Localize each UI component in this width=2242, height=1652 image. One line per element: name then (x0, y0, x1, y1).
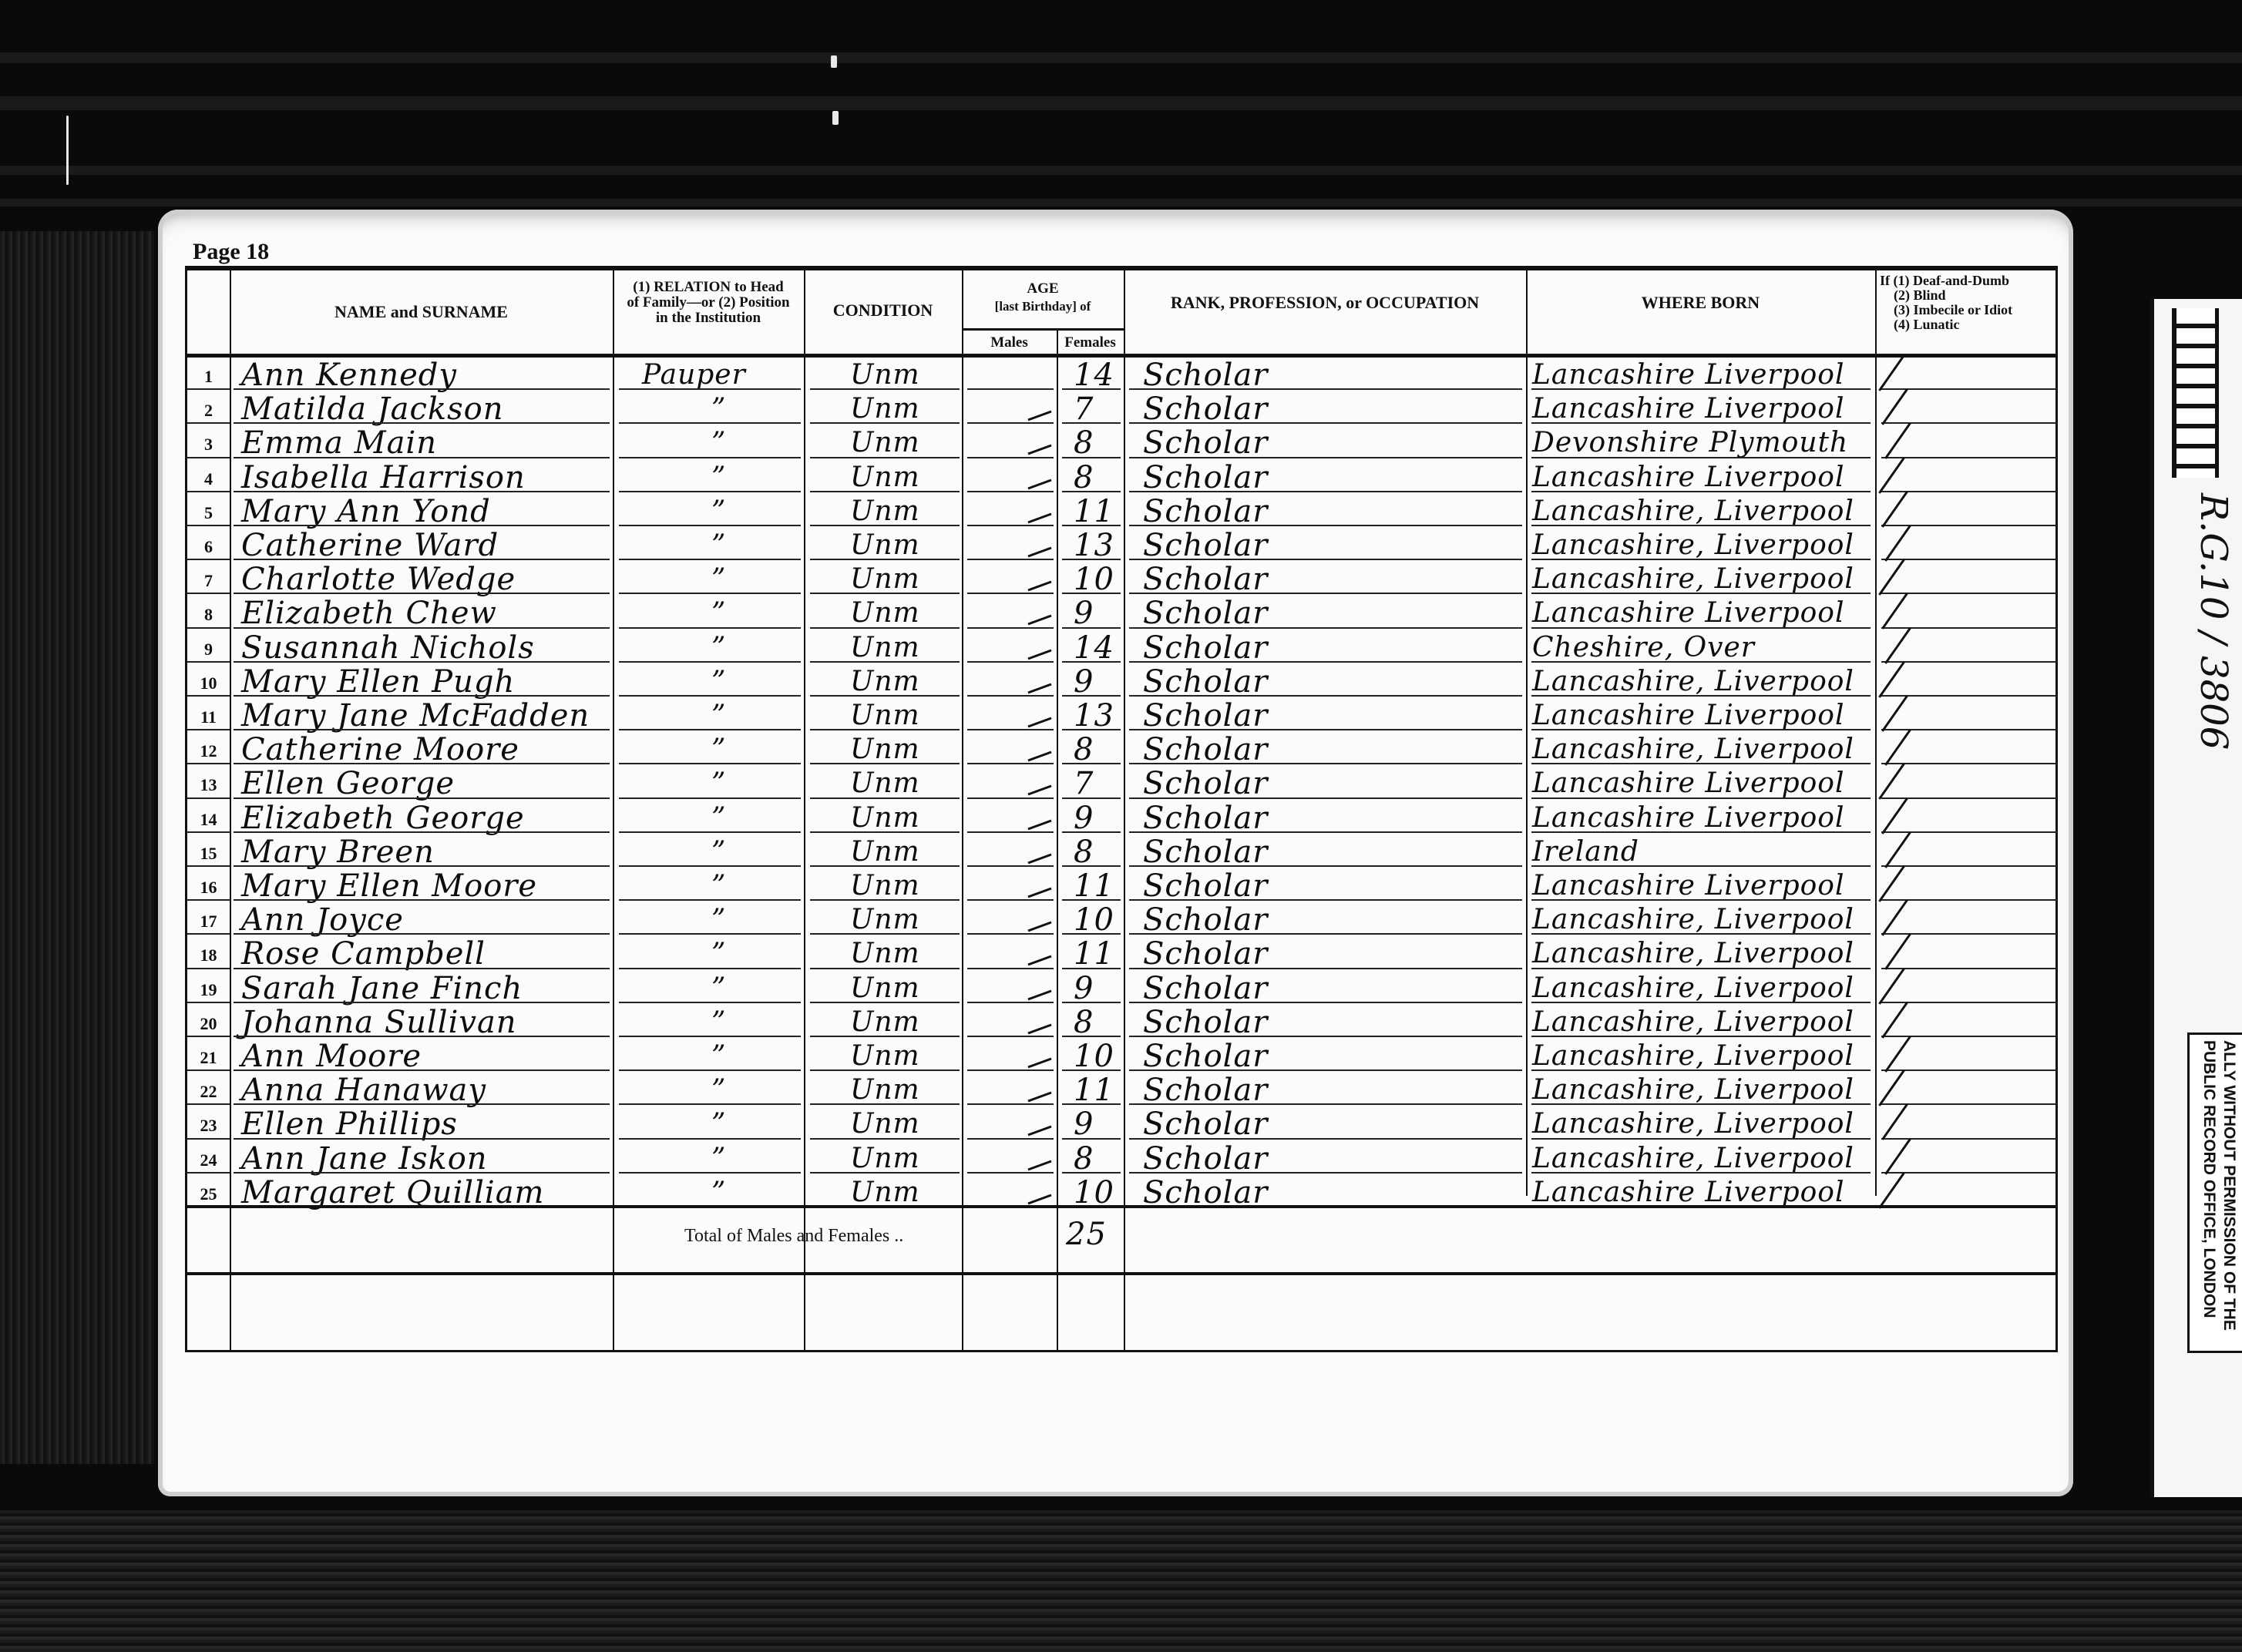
ruled-line (187, 968, 230, 969)
ruled-line (234, 1103, 610, 1105)
person-name: Matilda Jackson (241, 391, 504, 427)
ruled-line (1129, 1036, 1522, 1037)
ruled-line (1062, 525, 1121, 526)
ruled-line (810, 729, 960, 730)
row-number: 16 (187, 878, 230, 898)
ruled-line (967, 525, 1054, 526)
birthplace-value: Lancashire Liverpool (1532, 597, 1845, 629)
ruled-line (1881, 559, 2057, 560)
condition-value: Unm (850, 359, 920, 391)
tick-mark (1881, 1002, 1908, 1039)
dash-mark (1027, 1058, 1051, 1069)
ruled-line (187, 899, 230, 901)
dash-mark (1027, 751, 1051, 762)
birthplace-value: Lancashire Liverpool (1532, 393, 1845, 425)
birthplace-value: Lancashire Liverpool (1532, 1177, 1845, 1208)
condition-value: Unm (850, 1108, 920, 1140)
occupation-value: Scholar (1143, 596, 1268, 631)
ruled-line (1531, 968, 1871, 969)
row-number: 24 (187, 1150, 230, 1170)
tick-mark (1884, 934, 1911, 971)
header-age-title: AGE (962, 281, 1124, 297)
female-age: 9 (1074, 596, 1094, 631)
occupation-value: Scholar (1143, 494, 1268, 529)
tick-mark (1881, 388, 1908, 425)
ruled-line (967, 422, 1054, 424)
ruled-line (1062, 1002, 1121, 1003)
tick-mark (1881, 1104, 1908, 1141)
ruled-line (619, 763, 801, 764)
header-infirmity-line: (3) Imbecile or Idiot (1880, 303, 2057, 317)
ruled-line (1129, 627, 1522, 629)
ruled-line (234, 491, 610, 492)
ruled-line (967, 559, 1054, 560)
ruled-line (967, 797, 1054, 799)
occupation-value: Scholar (1143, 391, 1268, 427)
condition-value: Unm (850, 802, 920, 834)
dash-mark (1027, 445, 1051, 455)
header-infirmity: If (1) Deaf-and-Dumb (2) Blind (3) Imbec… (1880, 274, 2057, 332)
ruled-line (1129, 797, 1522, 799)
condition-value: Unm (850, 1143, 920, 1174)
relation-value: ” (711, 495, 726, 527)
ruled-line (619, 1002, 801, 1003)
ruled-line (619, 729, 801, 730)
ruled-line (1531, 763, 1871, 764)
birthplace-value: Lancashire, Liverpool (1532, 904, 1854, 935)
ruled-line (234, 1138, 610, 1140)
person-name: Sarah Jane Finch (241, 971, 523, 1006)
ruled-line (967, 1172, 1054, 1174)
occupation-value: Scholar (1143, 971, 1268, 1006)
ruled-line (619, 968, 801, 969)
ruled-line (1062, 422, 1121, 424)
tick-mark (1884, 423, 1911, 460)
ruled-line (234, 1002, 610, 1003)
row-number: 22 (187, 1082, 230, 1102)
ruled-line (619, 422, 801, 424)
tick-mark (1884, 525, 1911, 562)
ruled-line (619, 899, 801, 901)
ruled-line (234, 763, 610, 764)
ruled-line (1129, 388, 1522, 390)
female-age: 11 (1074, 1073, 1114, 1108)
dash-mark (1027, 581, 1051, 592)
female-age: 10 (1074, 902, 1114, 938)
header-condition: CONDITION (804, 301, 962, 319)
condition-value: Unm (850, 972, 920, 1004)
header-relation: (1) RELATION to Head of Family—or (2) Po… (613, 280, 804, 326)
birthplace-value: Lancashire Liverpool (1532, 359, 1845, 391)
tick-mark (1881, 797, 1908, 834)
header-age-subtitle: [last Birthday] of (962, 300, 1124, 314)
ruled-line (1062, 797, 1121, 799)
ruled-line (234, 1172, 610, 1174)
condition-value: Unm (850, 767, 920, 799)
female-age: 7 (1074, 391, 1094, 427)
occupation-value: Scholar (1143, 902, 1268, 938)
ruled-line (619, 457, 801, 458)
person-name: Mary Ann Yond (241, 494, 491, 529)
ruled-line (619, 865, 801, 867)
occupation-value: Scholar (1143, 358, 1268, 393)
birthplace-value: Lancashire, Liverpool (1532, 1108, 1854, 1140)
ruled-line (619, 525, 801, 526)
female-age: 7 (1074, 766, 1094, 801)
ruled-line (967, 627, 1054, 629)
tick-mark (1881, 593, 1908, 630)
ruled-line (234, 422, 610, 424)
occupation-value: Scholar (1143, 1005, 1268, 1040)
ruled-line (810, 661, 960, 663)
tick-mark (1878, 457, 1905, 494)
person-name: Rose Campbell (241, 936, 486, 972)
ruled-line (1062, 1172, 1121, 1174)
female-age: 8 (1074, 732, 1094, 767)
relation-value: ” (711, 597, 726, 629)
condition-value: Unm (850, 1177, 920, 1208)
occupation-value: Scholar (1143, 1106, 1268, 1142)
ruled-line (810, 525, 960, 526)
ruled-line (810, 422, 960, 424)
page-number: Page 18 (193, 239, 269, 265)
birthplace-value: Lancashire, Liverpool (1532, 495, 1854, 527)
dash-mark (1027, 1023, 1051, 1034)
ruled-line (619, 661, 801, 663)
row-number: 4 (187, 469, 230, 489)
tick-mark (1878, 354, 1905, 391)
ruled-line (619, 797, 801, 799)
condition-value: Unm (850, 666, 920, 697)
ruled-line (187, 831, 230, 833)
relation-value: Pauper (642, 359, 746, 391)
header-infirmity-line: (2) Blind (1880, 288, 2057, 303)
occupation-value: Scholar (1143, 664, 1268, 700)
condition-value: Unm (850, 597, 920, 629)
person-name: Emma Main (241, 425, 437, 461)
ruled-line (810, 559, 960, 560)
header-where-born: WHERE BORN (1526, 294, 1875, 311)
ruled-line (187, 729, 230, 730)
condition-value: Unm (850, 870, 920, 902)
ruled-line (1129, 899, 1522, 901)
scale-ruler (2172, 308, 2219, 478)
ruled-line (1881, 763, 2057, 764)
relation-value: ” (711, 529, 726, 561)
occupation-value: Scholar (1143, 528, 1268, 563)
ruled-line (1531, 422, 1871, 424)
ruled-line (1531, 388, 1871, 390)
ruled-line (619, 1036, 801, 1037)
ruled-line (619, 559, 801, 560)
ruled-line (187, 1172, 230, 1174)
ruled-line (619, 1138, 801, 1140)
ruled-line (1062, 831, 1121, 833)
birthplace-value: Lancashire, Liverpool (1532, 972, 1854, 1004)
ruled-line (187, 559, 230, 560)
ruled-line (619, 1103, 801, 1105)
birthplace-value: Lancashire, Liverpool (1532, 734, 1854, 765)
ruled-line (1531, 797, 1871, 799)
tick-mark (1884, 1138, 1911, 1175)
tick-mark (1878, 661, 1905, 698)
ruled-line (187, 525, 230, 526)
row-number: 8 (187, 605, 230, 625)
dash-mark (1027, 615, 1051, 626)
relation-value: ” (711, 870, 726, 902)
occupation-value: Scholar (1143, 562, 1268, 597)
ruled-line (1129, 457, 1522, 458)
relation-value: ” (711, 802, 726, 834)
condition-value: Unm (850, 1074, 920, 1106)
ruled-line (1531, 1172, 1871, 1174)
relation-value: ” (711, 1177, 726, 1208)
condition-value: Unm (850, 1040, 920, 1072)
ruled-line (234, 899, 610, 901)
dash-mark (1027, 478, 1051, 489)
tick-mark (1878, 764, 1905, 801)
occupation-value: Scholar (1143, 460, 1268, 495)
ruled-line (1531, 627, 1871, 629)
ruled-line (187, 388, 230, 390)
occupation-value: Scholar (1143, 425, 1268, 461)
birthplace-value: Lancashire, Liverpool (1532, 1040, 1854, 1072)
ruled-line (810, 831, 960, 833)
birthplace-value: Lancashire Liverpool (1532, 700, 1845, 731)
header-relation-line: (1) RELATION to Head (613, 280, 804, 295)
birthplace-value: Lancashire Liverpool (1532, 462, 1845, 493)
ruled-line (967, 388, 1054, 390)
tick-mark (1884, 1036, 1911, 1073)
ruled-line (1129, 763, 1522, 764)
birthplace-value: Lancashire, Liverpool (1532, 666, 1854, 697)
ruled-line (967, 865, 1054, 867)
ruled-line (234, 865, 610, 867)
occupation-value: Scholar (1143, 868, 1268, 904)
condition-value: Unm (850, 836, 920, 868)
relation-value: ” (711, 904, 726, 935)
occupation-value: Scholar (1143, 698, 1268, 734)
row-number: 25 (187, 1184, 230, 1204)
dash-mark (1027, 888, 1051, 898)
ruled-line (234, 627, 610, 629)
col-divider (1057, 328, 1058, 1350)
ruled-line (810, 899, 960, 901)
ruled-line (1062, 491, 1121, 492)
dash-mark (1027, 853, 1051, 864)
ruled-line (619, 695, 801, 697)
ruled-line (1062, 695, 1121, 697)
condition-value: Unm (850, 462, 920, 493)
ruled-line (1062, 1103, 1121, 1105)
ruled-line (619, 593, 801, 594)
ruled-line (967, 933, 1054, 935)
dash-mark (1027, 649, 1051, 660)
female-age: 14 (1074, 358, 1114, 393)
row-number: 5 (187, 503, 230, 523)
ruled-line (810, 865, 960, 867)
condition-value: Unm (850, 427, 920, 458)
dash-mark (1027, 922, 1051, 932)
ruled-line (1531, 1103, 1871, 1105)
tick-mark (1878, 1069, 1905, 1106)
ruled-line (187, 933, 230, 935)
row-number: 21 (187, 1048, 230, 1068)
ruled-line (234, 457, 610, 458)
person-name: Elizabeth George (241, 801, 525, 836)
person-name: Elizabeth Chew (241, 596, 497, 631)
ruled-line (1062, 763, 1121, 764)
person-name: Mary Ellen Pugh (241, 664, 515, 700)
birthplace-value: Lancashire, Liverpool (1532, 1074, 1854, 1106)
ruled-line (619, 1172, 801, 1174)
ruled-line (187, 627, 230, 629)
ruled-line (967, 491, 1054, 492)
condition-value: Unm (850, 938, 920, 969)
person-name: Susannah Nichols (241, 630, 535, 666)
ruled-line (187, 865, 230, 867)
ruled-line (967, 593, 1054, 594)
dash-mark (1027, 512, 1051, 523)
header-rule (187, 354, 2055, 358)
female-age: 11 (1074, 494, 1114, 529)
relation-value: ” (711, 427, 726, 458)
dash-mark (1027, 411, 1051, 421)
header-age-females: Females (1057, 335, 1124, 351)
person-name: Ann Joyce (241, 902, 404, 938)
age-split-line (962, 328, 1124, 331)
ruled-line (187, 491, 230, 492)
relation-value: ” (711, 972, 726, 1004)
col-divider (1875, 270, 1877, 1196)
dash-mark (1027, 989, 1051, 1000)
ruled-line (1129, 1103, 1522, 1105)
condition-value: Unm (850, 700, 920, 731)
condition-value: Unm (850, 393, 920, 425)
ruled-line (1531, 661, 1871, 663)
ruled-line (619, 491, 801, 492)
ruled-line (967, 763, 1054, 764)
relation-value: ” (711, 1006, 726, 1038)
row-number: 2 (187, 401, 230, 421)
ruled-line (967, 1103, 1054, 1105)
ruled-line (1129, 831, 1522, 833)
ruled-line (810, 627, 960, 629)
dash-mark (1027, 819, 1051, 830)
ruled-line (234, 797, 610, 799)
relation-value: ” (711, 563, 726, 595)
ruled-line (1129, 422, 1522, 424)
ruled-line (1062, 865, 1121, 867)
person-name: Mary Breen (241, 834, 435, 870)
person-name: Isabella Harrison (241, 460, 526, 495)
birthplace-value: Lancashire Liverpool (1532, 802, 1845, 834)
relation-value: ” (711, 1040, 726, 1072)
condition-value: Unm (850, 495, 920, 527)
dash-mark (1027, 1160, 1051, 1170)
ruled-line (1062, 1069, 1121, 1071)
dash-mark (1027, 1194, 1051, 1204)
relation-value: ” (711, 938, 726, 969)
col-divider (613, 270, 614, 1350)
person-name: Ann Kennedy (241, 358, 457, 393)
row-number: 11 (187, 707, 230, 727)
ruled-line (187, 763, 230, 764)
relation-value: ” (711, 666, 726, 697)
ruled-line (619, 933, 801, 935)
female-age: 8 (1074, 460, 1094, 495)
ruled-line (810, 763, 960, 764)
female-age: 8 (1074, 834, 1094, 870)
ruled-line (1531, 865, 1871, 867)
census-table: NAME and SURNAME (1) RELATION to Head of… (185, 266, 2058, 1352)
ruled-line (810, 695, 960, 697)
tick-mark (1881, 695, 1908, 732)
dash-mark (1027, 1092, 1051, 1103)
occupation-value: Scholar (1143, 1141, 1268, 1177)
relation-value: ” (711, 734, 726, 765)
female-age: 10 (1074, 562, 1114, 597)
ruled-line (1881, 457, 2057, 458)
scan-speck (832, 111, 839, 125)
dash-mark (1027, 547, 1051, 558)
female-age: 9 (1074, 1106, 1094, 1142)
ruled-line (1531, 695, 1871, 697)
relation-value: ” (711, 1108, 726, 1140)
ruled-line (1531, 593, 1871, 594)
ruled-line (1129, 695, 1522, 697)
ruled-line (1129, 1069, 1522, 1071)
scan-band (0, 96, 2242, 110)
ruled-line (1129, 933, 1522, 935)
ruled-line (810, 1069, 960, 1071)
ruled-line (967, 899, 1054, 901)
dash-mark (1027, 785, 1051, 796)
film-edge-bottom (0, 1510, 2242, 1652)
ruled-line (1062, 388, 1121, 390)
ruled-line (234, 968, 610, 969)
person-name: Charlotte Wedge (241, 562, 516, 597)
ruled-line (810, 968, 960, 969)
person-name: Ann Jane Iskon (241, 1141, 488, 1177)
ruled-line (234, 729, 610, 730)
dash-mark (1027, 683, 1051, 693)
ruled-line (187, 1069, 230, 1071)
relation-value: ” (711, 836, 726, 868)
dash-mark (1027, 955, 1051, 966)
ruled-line (1531, 491, 1871, 492)
ruled-line (619, 627, 801, 629)
ruled-line (1881, 1172, 2057, 1174)
condition-value: Unm (850, 1006, 920, 1038)
female-age: 8 (1074, 1005, 1094, 1040)
female-age: 9 (1074, 664, 1094, 700)
ruled-line (1062, 627, 1121, 629)
header-relation-line: of Family—or (2) Position (613, 295, 804, 311)
ruled-line (810, 1036, 960, 1037)
person-name: Ann Moore (241, 1039, 422, 1074)
condition-value: Unm (850, 529, 920, 561)
person-name: Mary Ellen Moore (241, 868, 537, 904)
ruled-line (967, 695, 1054, 697)
birthplace-value: Lancashire Liverpool (1532, 767, 1845, 799)
ruled-line (1129, 1002, 1522, 1003)
ruled-line (619, 388, 801, 390)
col-divider (1526, 270, 1528, 1196)
tick-mark (1884, 627, 1911, 664)
header-age-males: Males (962, 335, 1057, 351)
row-number: 14 (187, 810, 230, 830)
